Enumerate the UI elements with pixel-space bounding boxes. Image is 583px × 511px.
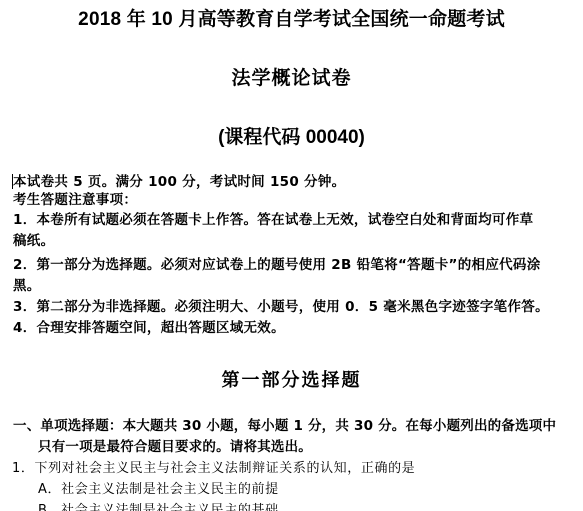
question-1-option-a: A．社会主义法制是社会主义民主的前提	[38, 478, 279, 497]
paper-title: 法学概论试卷	[0, 63, 583, 90]
course-code: (课程代码 00040)	[0, 122, 583, 149]
notice-item-4: 4．合理安排答题空间，超出答题区域无效。	[13, 319, 285, 337]
exam-title: 2018 年 10 月高等教育自学考试全国统一命题考试	[0, 4, 583, 31]
notice-item-2: 2．第一部分为选择题。必须对应试卷上的题号使用 2B 铅笔将“答题卡”的相应代码…	[13, 256, 541, 274]
section-heading: 一、单项选择题：本大题共 30 小题，每小题 1 分，共 30 分。在每小题列出…	[13, 414, 556, 434]
part-one-title: 第一部分选择题	[0, 366, 583, 392]
notice-item-2-cont: 黑。	[13, 277, 41, 295]
question-1-stem: 1．下列对社会主义民主与社会主义法制辩证关系的认知，正确的是	[12, 457, 415, 476]
notice-item-3: 3．第二部分为非选择题。必须注明大、小题号，使用 0．5 毫米黑色字迹签字笔作答…	[13, 298, 549, 316]
notice-item-1-cont: 稿纸。	[13, 232, 54, 250]
exam-intro: 本试卷共 5 页。满分 100 分，考试时间 150 分钟。	[13, 173, 345, 191]
notice-heading: 考生答题注意事项：	[13, 191, 137, 209]
question-1-option-b: B．社会主义法制是社会主义民主的基础	[38, 499, 279, 511]
section-heading-cont: 只有一项是最符合题目要求的。请将其选出。	[38, 435, 312, 455]
notice-item-1: 1．本卷所有试题必须在答题卡上作答。答在试卷上无效，试卷空白处和背面均可作草	[13, 211, 533, 229]
